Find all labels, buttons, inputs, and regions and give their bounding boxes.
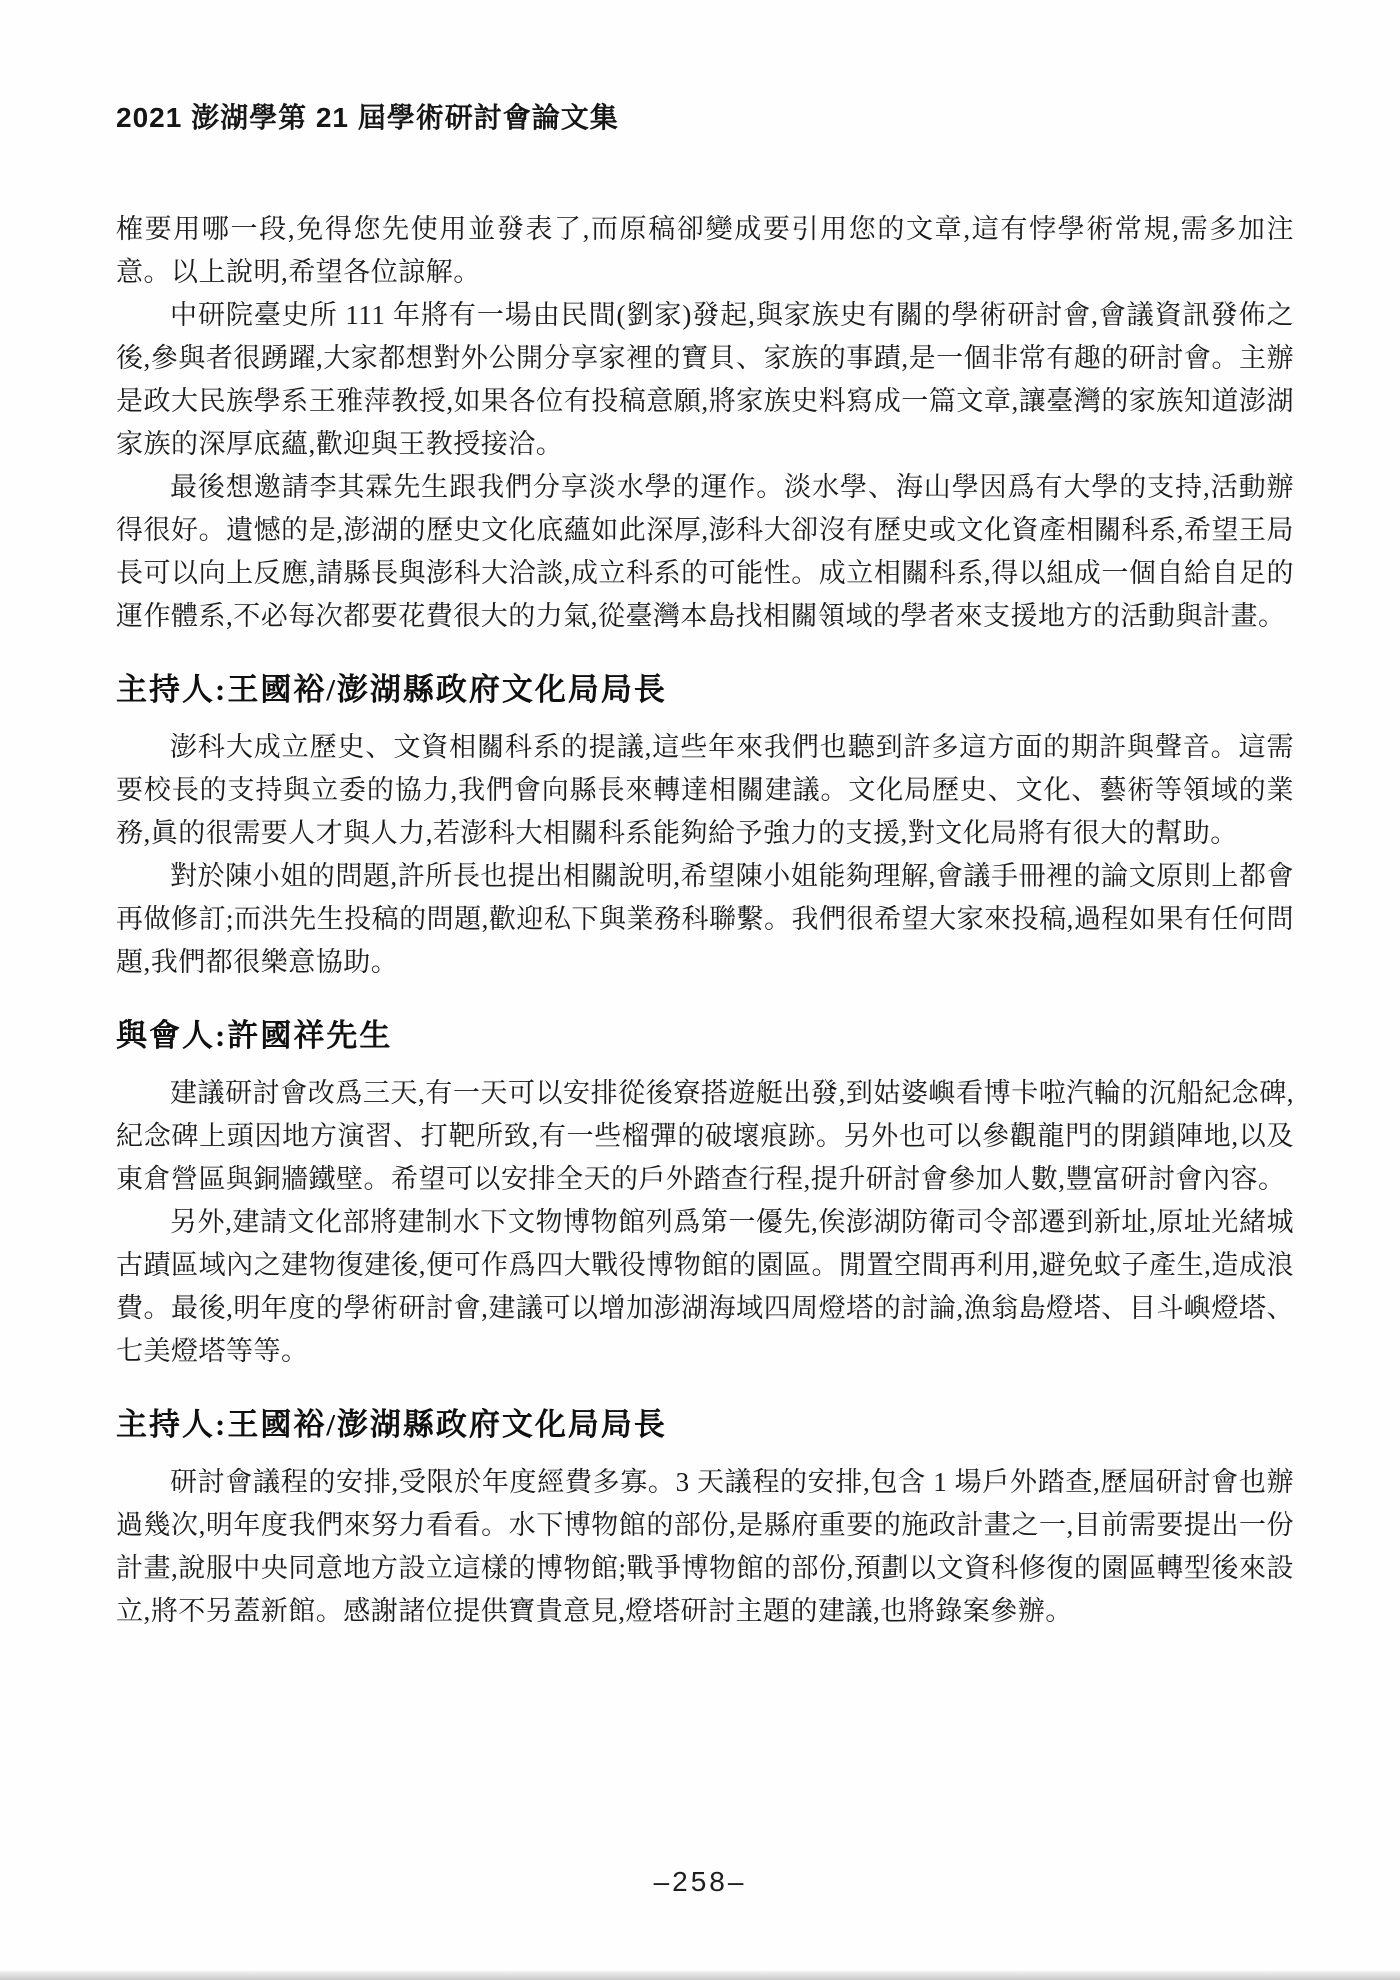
section-heading-moderator: 主持人:王國裕/澎湖縣政府文化局局長 [116, 1401, 1294, 1449]
running-header-title: 2021 澎湖學第 21 屆學術研討會論文集 [116, 96, 619, 136]
paragraph: 建議研討會改爲三天,有一天可以安排從後寮搭遊艇出發,到姑婆嶼看博卡啦汽輪的沉船紀… [116, 1072, 1294, 1201]
section-heading-attendee: 與會人:許國祥先生 [116, 1012, 1294, 1060]
scan-edge-artifact [0, 1971, 1400, 1980]
document-content: 榷要用哪一段,免得您先使用並發表了,而原稿卻變成要引用您的文章,這有悖學術常規,… [116, 208, 1294, 1633]
document-page: 2021 澎湖學第 21 屆學術研討會論文集 榷要用哪一段,免得您先使用並發表了… [0, 0, 1400, 1980]
page-number-text: –258– [654, 1866, 747, 1897]
paragraph: 另外,建請文化部將建制水下文物博物館列爲第一優先,俟澎湖防衛司令部遷到新址,原址… [116, 1201, 1294, 1373]
paragraph: 對於陳小姐的問題,許所長也提出相關說明,希望陳小姐能夠理解,會議手冊裡的論文原則… [116, 855, 1294, 984]
paragraph: 中研院臺史所 111 年將有一場由民間(劉家)發起,與家族史有關的學術研討會,會… [116, 294, 1294, 466]
paragraph: 研討會議程的安排,受限於年度經費多寡。3 天議程的安排,包含 1 場戶外踏查,歷… [116, 1461, 1294, 1633]
paragraph: 最後想邀請李其霖先生跟我們分享淡水學的運作。淡水學、海山學因爲有大學的支持,活動… [116, 466, 1294, 638]
paragraph: 榷要用哪一段,免得您先使用並發表了,而原稿卻變成要引用您的文章,這有悖學術常規,… [116, 208, 1294, 294]
paragraph: 澎科大成立歷史、文資相關科系的提議,這些年來我們也聽到許多這方面的期許與聲音。這… [116, 726, 1294, 855]
section-heading-moderator: 主持人:王國裕/澎湖縣政府文化局局長 [116, 666, 1294, 714]
page-number: –258– [0, 1866, 1400, 1898]
